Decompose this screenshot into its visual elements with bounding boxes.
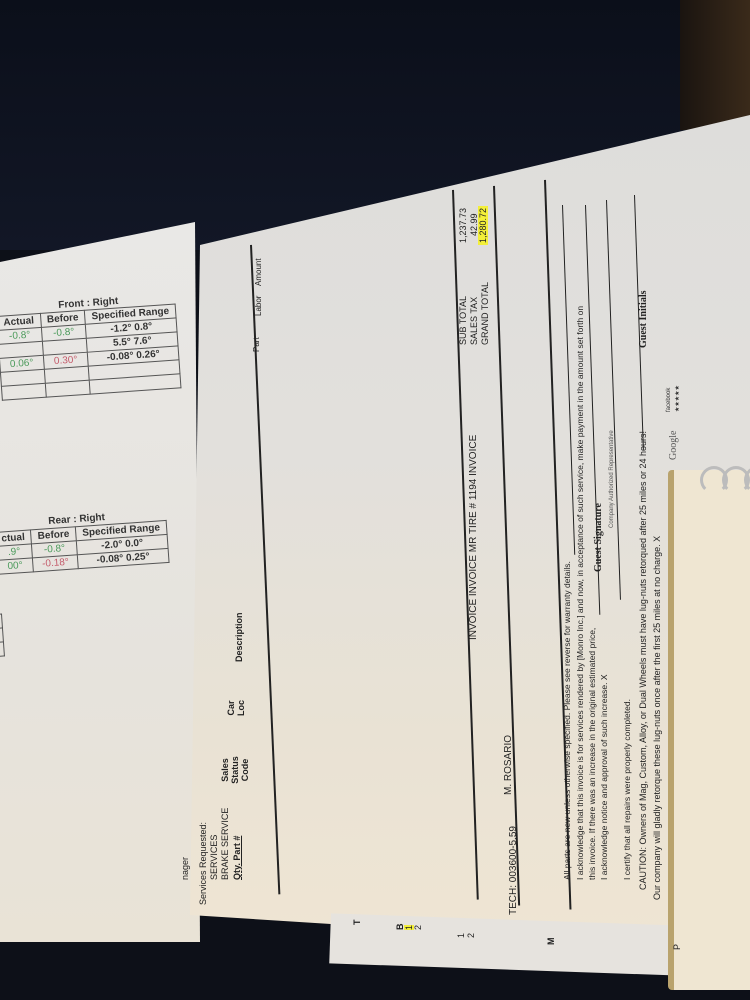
front-right-table: Actual Before Specified Range -0.8° -0.8… <box>0 303 182 400</box>
side-code: 2 <box>413 925 423 930</box>
column-car-loc: Car Loc <box>226 696 246 720</box>
service-line-1: SERVICES <box>209 835 219 880</box>
invoice-title: INVOICE INVOICE MR TIRE # 1194 INVOICE <box>468 435 479 640</box>
sales-tax-label: SALES TAX <box>469 297 479 345</box>
column-description: Description <box>234 612 244 662</box>
cell: 00° <box>0 558 34 575</box>
column-sales-status: Sales Status Code <box>220 745 250 795</box>
subtotal-value: 1,237.73 <box>458 208 468 243</box>
grand-total-value: 1,280.72 <box>478 206 488 245</box>
background-wood <box>680 0 750 130</box>
guest-signature-label: Guest Signature <box>593 503 604 572</box>
cell: -0.18° <box>33 555 79 572</box>
grand-total-label: GRAND TOTAL <box>480 282 490 345</box>
services-requested-label: Services Requested: <box>198 822 208 905</box>
facebook-review-logo: facebook <box>666 388 672 412</box>
certify-text: I certify that all repairs were properly… <box>622 699 632 880</box>
caution-text: CAUTION: Owners of Mag, Custom, Alloy, o… <box>638 431 648 890</box>
guest-initials-label: Guest Initials <box>638 290 649 348</box>
manager-label: nager <box>180 857 190 880</box>
star-rating-icon: ★★★★★ <box>674 385 681 412</box>
terms-line-3: this invoice. If there was an increase i… <box>587 628 597 880</box>
service-line-2: BRAKE SERVICE <box>220 808 230 880</box>
column-qty-part: Qty. Part # <box>232 836 242 880</box>
side-code: T <box>352 920 362 926</box>
subtotal-label: SUB TOTAL <box>458 296 468 345</box>
terms-line-2: I acknowledge that this invoice is for s… <box>575 306 585 880</box>
service-advisor: M. ROSARIO <box>503 735 514 795</box>
tech-number: TECH: 003600-5.59 <box>508 826 519 915</box>
column-labor: Labor <box>254 296 263 316</box>
company-rep-label: Company Authorized Representative <box>609 430 615 528</box>
side-code: 1 <box>456 933 466 938</box>
terms-line-4: I acknowledge notice and approval of suc… <box>599 674 609 880</box>
google-review-logo: Google <box>668 431 679 460</box>
column-amount: Amount <box>254 258 263 286</box>
side-code: P <box>672 944 682 950</box>
side-code: M <box>546 938 556 946</box>
notepad <box>668 470 750 990</box>
caution-text-2: Our company will gladly retorque these l… <box>652 536 662 900</box>
terms-line-1: All parts are new unless otherwise speci… <box>562 561 572 880</box>
side-code: 2 <box>466 933 476 938</box>
